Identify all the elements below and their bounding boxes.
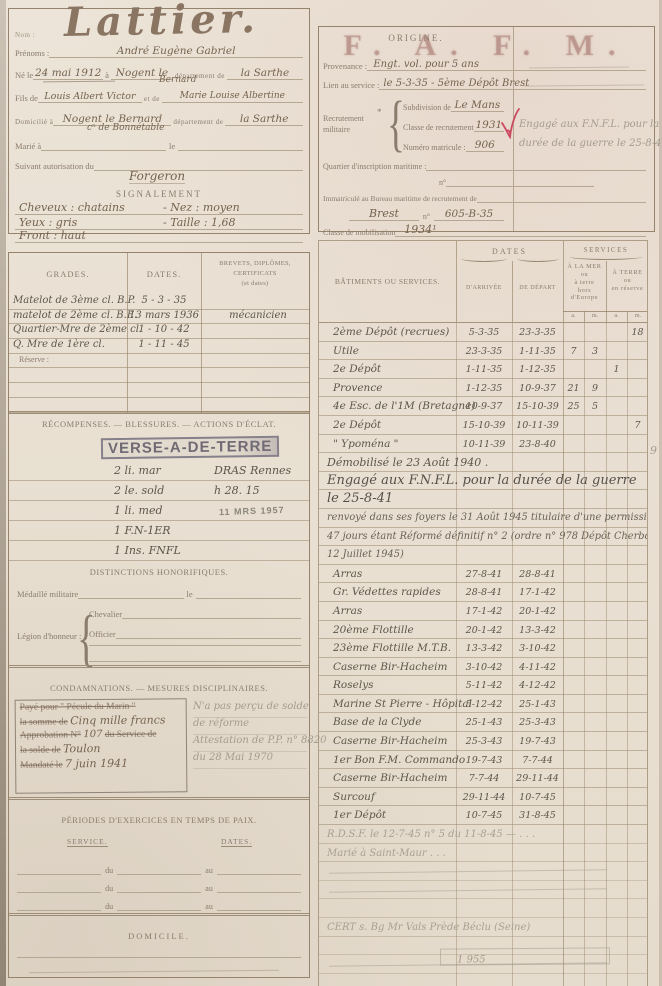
height-field: - Taille : 1,68	[155, 216, 303, 230]
recompense-left: 2 li. mar	[114, 464, 161, 477]
illegible-pencil-marks	[319, 881, 647, 900]
prenoms-label: Prénoms :	[15, 48, 49, 58]
service-duration-cell	[584, 639, 606, 657]
service-duration-cell	[584, 676, 606, 694]
unit-a2: a.	[606, 313, 627, 319]
classe-line: Classe de recrutement 1931	[403, 119, 504, 132]
service-duration-cell	[563, 676, 584, 694]
grades-rows: Matelot de 3ème cl. B.P.5 - 3 - 35matelo…	[9, 295, 309, 413]
service-duration-cell	[563, 788, 584, 806]
scanned-military-record-page: Lattier. Nom : Prénoms : André Eugène Ga…	[0, 0, 662, 986]
grade-row	[9, 383, 309, 398]
signalement-title: SIGNALEMENT	[9, 189, 309, 199]
service-duration-cell	[606, 621, 627, 639]
at-sea-col-header: À LA MER ou à terre hors d'Europe	[563, 263, 606, 302]
ne-label: Né le	[15, 70, 33, 80]
service-entry-row: Surcouf29-11-4410-7-45	[319, 788, 647, 807]
grade-date: 1 - 11 - 45	[127, 339, 201, 353]
classe-mob-value: 1934¹	[395, 223, 445, 237]
ship-or-service-name: 23ème Flottille M.T.B.	[319, 639, 456, 657]
dept2-label: département de	[171, 118, 225, 126]
svc1-l2: à terre	[563, 279, 606, 287]
grade-brevet	[201, 324, 311, 338]
service-entry-row: Provence1-12-3510-9-37219	[319, 379, 647, 398]
grade-row	[9, 354, 309, 369]
margin-pencil-note: 9	[650, 444, 657, 457]
distinctions-title: DISTINCTIONS HONORIFIQUES.	[9, 567, 309, 577]
periode-row: duau	[17, 893, 301, 911]
departure-date: 28-8-41	[512, 565, 563, 583]
condamnations-section: CONDAMNATIONS. — MESURES DISCIPLINAIRES.…	[9, 679, 309, 801]
service-duration-cell	[563, 658, 584, 676]
departure-date: 17-1-42	[512, 583, 563, 601]
signalement-line-3: Front : haut	[15, 229, 303, 243]
table-annotation: Engagé aux F.N.F.L. pour la durée de la …	[319, 472, 647, 491]
classe-mob-label: Classe de mobilisation	[323, 228, 395, 237]
service-duration-cell	[584, 583, 606, 601]
service-duration-cell	[584, 806, 606, 824]
pencil-note-line: Attestation de P.P. n° 8820	[193, 735, 307, 752]
service-entry-row: Caserne Bir-Hacheim7-7-4429-11-44	[319, 769, 647, 788]
medaille-le-label: le	[184, 589, 196, 599]
empty-row	[319, 974, 647, 986]
grades-table: GRADES. DATES. BREVETS, DIPLÔMES, CERTIF…	[9, 253, 309, 413]
arrival-date: 1-11-35	[456, 360, 512, 378]
departure-date: 19-7-43	[512, 732, 563, 750]
service-duration-cell	[606, 676, 627, 694]
blank-rule	[89, 661, 301, 662]
grade-name: Matelot de 3ème cl. B.P.	[9, 295, 127, 309]
immatricule-line: Immatriculé au Bureau maritime de recrut…	[323, 191, 646, 203]
service-duration-cell	[627, 695, 647, 713]
departure-date: 25-1-43	[512, 695, 563, 713]
arrival-date: 10-7-45	[456, 806, 512, 824]
periode-row: duau	[17, 857, 301, 875]
pecule-somme-label: la somme de	[20, 717, 68, 727]
pecule-line-4: la solde de Toulon	[16, 739, 186, 755]
recompense-entry: 2 le. soldh 28. 15	[9, 481, 309, 501]
service-duration-cell: 21	[563, 379, 584, 397]
blank-rule	[89, 645, 301, 646]
service-duration-cell	[584, 695, 606, 713]
service-duration-cell	[606, 639, 627, 657]
service-duration-cell	[563, 751, 584, 769]
service-duration-cell	[606, 435, 627, 453]
departure-date: 10-9-37	[512, 379, 563, 397]
ship-or-service-name: 1er Dépôt	[319, 806, 456, 824]
service-duration-cell	[627, 435, 647, 453]
scan-left-edge	[0, 0, 6, 986]
service-entry-row: Marine St Pierre - Hôpital5-12-4225-1-43	[319, 695, 647, 714]
section-divider	[9, 797, 309, 800]
immatricule-value-line: Brest n° 605-B-35	[349, 207, 504, 221]
recompense-right: h 28. 15	[214, 484, 260, 497]
service-duration-cell	[584, 788, 606, 806]
departure-date: 31-8-45	[512, 806, 563, 824]
service-duration-cell	[563, 323, 584, 341]
service-duration-cell: 25	[563, 397, 584, 415]
departure-date: 4-11-42	[512, 658, 563, 676]
svc1-l0: À LA MER	[563, 263, 606, 271]
svc1-l1: ou	[563, 271, 606, 279]
chevalier-label: Chevalier	[89, 609, 122, 619]
quartier-line: Quartier d'inscription maritime :	[323, 159, 646, 171]
ship-or-service-name: Roselys	[319, 676, 456, 694]
service-duration-cell	[606, 658, 627, 676]
service-duration-cell	[563, 639, 584, 657]
table-annotation: renvoyé dans ses foyers le 31 Août 1945 …	[319, 509, 647, 528]
recompense-entry: 1 li. med11 MRS 1957	[9, 501, 309, 521]
service-duration-cell	[627, 769, 647, 787]
service-entry-row: Gr. Védettes rapides28-8-4117-1-42	[319, 583, 647, 602]
arrival-date: 7-7-44	[456, 769, 512, 787]
recrutement-label-line2: militaire	[323, 124, 364, 135]
medaille-line: Médaillé militaire le	[17, 587, 301, 599]
recompense-entries: 2 li. marDRAS Rennes2 le. soldh 28. 151 …	[9, 461, 309, 561]
section-divider	[9, 411, 309, 414]
domicile-title: DOMICILE.	[9, 931, 309, 941]
service-duration-cell	[606, 602, 627, 620]
red-check-mark	[499, 107, 521, 144]
no-label: n°	[439, 178, 446, 187]
services-table-body: 2ème Dépôt (recrues)5-3-3523-3-3518Utile…	[319, 323, 647, 986]
autorisation-label: Suivant autorisation du	[15, 161, 94, 171]
service-entry-row: Arras17-1-4220-1-42	[319, 602, 647, 621]
birth-date: 24 mai 1912	[33, 67, 103, 80]
service-duration-cell	[584, 565, 606, 583]
periode-to-blank	[217, 881, 301, 893]
nom-label: Nom :	[15, 31, 35, 39]
service-duration-cell	[563, 713, 584, 731]
table-annotation: 12 Juillet 1945)	[319, 546, 647, 565]
ship-or-service-name: 2ème Dépôt (recrues)	[319, 323, 456, 341]
origine-panel: F. A. F. M. ORIGINE. Provenance : Engt. …	[318, 26, 655, 232]
service-entry-row: Utile23-3-351-11-3573	[319, 342, 647, 361]
departure-col-header: DE DÉPART	[512, 285, 563, 291]
grade-name	[9, 398, 127, 412]
matricule-label: Numéro matricule :	[403, 143, 466, 152]
service-duration-cell: 3	[584, 342, 606, 360]
service-duration-cell	[563, 360, 584, 378]
arrival-date: 28-8-41	[456, 583, 512, 601]
service-duration-cell: 9	[584, 379, 606, 397]
faint-bottom-stamp: 1 955	[440, 947, 610, 965]
immatricule-label: Immatriculé au Bureau maritime de recrut…	[323, 194, 477, 203]
service-duration-cell	[606, 323, 627, 341]
ship-or-service-name: Provence	[319, 379, 456, 397]
medaille-blank	[78, 587, 183, 599]
officier-line: Officier	[89, 627, 301, 639]
service-duration-cell: 18	[627, 323, 647, 341]
service-duration-cell: 5	[584, 397, 606, 415]
service-duration-cell	[563, 732, 584, 750]
classe-mob-line: Classe de mobilisation 1934¹	[323, 223, 646, 237]
periode-to-blank	[217, 863, 301, 875]
arrival-date: 25-1-43	[456, 713, 512, 731]
service-duration-cell	[606, 342, 627, 360]
authorization-blank	[94, 159, 303, 171]
grade-brevet	[201, 295, 311, 309]
subdivision-label: Subdivision de	[403, 103, 451, 112]
grades-col-header: GRADES.	[9, 269, 127, 279]
pecule-somme-value: Cinq mille francs	[70, 713, 165, 727]
svc2-l1: ou	[606, 277, 649, 285]
service-entry-row: 2e Dépôt1-11-351-12-351	[319, 360, 647, 379]
ship-or-service-name: Caserne Bir-Hacheim	[319, 658, 456, 676]
provenance-blank	[485, 59, 646, 71]
service-duration-cell	[563, 583, 584, 601]
periode-to-blank	[217, 899, 301, 911]
father-name: Louis Albert Victor	[38, 91, 142, 103]
pecule-stamp-box: Payé pour " Pécule du Marin " la somme d…	[15, 698, 188, 793]
pencil-note-line: de réforme	[193, 718, 307, 735]
service-duration-cell	[627, 583, 647, 601]
service-duration-cell	[606, 583, 627, 601]
batiments-col-header: BÂTIMENTS OU SERVICES.	[319, 277, 456, 286]
service-duration-cell	[563, 769, 584, 787]
medaille-label: Médaillé militaire	[17, 589, 78, 599]
service-duration-cell	[627, 342, 647, 360]
departure-date: 10-7-45	[512, 788, 563, 806]
approbation-label: Approbation N°	[20, 730, 81, 741]
reserve-label: Réserve :	[19, 355, 49, 364]
provenance-line: Provenance : Engt. vol. pour 5 ans	[323, 59, 646, 71]
brevets-col-header: BREVETS, DIPLÔMES, CERTIFICATS (et dates…	[201, 259, 309, 288]
quartier-label: Quartier d'inscription maritime :	[323, 162, 426, 171]
du-label: du	[101, 902, 117, 911]
service-duration-cell: 1	[606, 360, 627, 378]
origine-title: ORIGINE.	[319, 33, 513, 43]
verse-a-de-terre-stamp: VERSE-A-DE-TERRE	[101, 436, 280, 459]
service-duration-cell	[584, 769, 606, 787]
service-duration-cell	[584, 732, 606, 750]
prenoms-value: André Eugène Gabriel	[49, 45, 303, 58]
arrival-date: 5-3-35	[456, 323, 512, 341]
identity-panel: Lattier. Nom : Prénoms : André Eugène Ga…	[8, 8, 310, 234]
arrival-date: 27-8-41	[456, 565, 512, 583]
approbation-suffix: du Service de	[105, 730, 157, 740]
a-label: à	[103, 70, 111, 80]
service-duration-cell	[627, 658, 647, 676]
solde-label: la solde de	[20, 745, 61, 755]
dept2-value: la Sarthe	[225, 113, 303, 126]
service-duration-cell	[584, 435, 606, 453]
unit-m2: m.	[627, 313, 649, 319]
unit-m1: m.	[584, 313, 606, 319]
arrival-date: 15-10-39	[456, 416, 512, 434]
arrival-date: 13-3-42	[456, 639, 512, 657]
service-entry-row: 23ème Flottille M.T.B.13-3-423-10-42	[319, 639, 647, 658]
recompenses-title: RÉCOMPENSES. — BLESSURES. — ACTIONS D'ÉC…	[9, 419, 309, 429]
departure-date: 7-7-44	[512, 751, 563, 769]
grade-date: 1 - 10 - 42	[127, 324, 201, 338]
periodes-rows: duauduauduau	[17, 857, 301, 911]
service-duration-cell	[584, 658, 606, 676]
hair-field: Cheveux : chatains	[15, 201, 155, 215]
au-label: au	[201, 902, 217, 911]
medaille-date-blank	[196, 587, 301, 599]
svc1-l3: hors	[563, 287, 606, 295]
empty-row	[319, 899, 647, 918]
signalement-line-2: Yeux : gris - Taille : 1,68	[15, 216, 303, 230]
grade-brevet	[201, 339, 311, 353]
periode-from-blank	[117, 863, 201, 875]
service-duration-cell	[606, 695, 627, 713]
grade-row	[9, 368, 309, 383]
pecule-line-2: la somme de Cinq mille francs	[16, 711, 186, 727]
pencil-note-line: N'a pas perçu de solde	[193, 701, 307, 718]
condamnations-title: CONDAMNATIONS. — MESURES DISCIPLINAIRES.	[9, 683, 309, 693]
periodes-service-header: SERVICE.	[67, 837, 108, 847]
ship-or-service-name: Caserne Bir-Hacheim	[319, 732, 456, 750]
ship-or-service-name: Gr. Védettes rapides	[319, 583, 456, 601]
service-duration-cell	[627, 360, 647, 378]
service-duration-cell	[606, 751, 627, 769]
solde-place: Toulon	[63, 742, 101, 755]
signalement-line-1: Cheveux : chatains - Nez : moyen	[15, 201, 303, 215]
fnfl-pencil-note-1: Engagé aux F.N.F.L. pour la	[519, 119, 659, 130]
section-divider	[9, 913, 309, 916]
no-blank	[446, 175, 594, 187]
departure-date: 15-10-39	[512, 397, 563, 415]
grade-row: matelot de 2ème cl. B.E.13 mars 1936méca…	[9, 310, 309, 325]
legion-label: Légion d'honneur :	[17, 631, 81, 641]
date-stamp: 11 MRS 1957	[219, 505, 285, 517]
periode-service-blank	[17, 863, 101, 875]
service-entry-row: 2e Dépôt15-10-3910-11-397	[319, 416, 647, 435]
service-duration-cell	[584, 360, 606, 378]
periode-service-blank	[17, 881, 101, 893]
profession-value: Forgeron	[129, 169, 185, 184]
service-entry-row: " Ypoména "10-11-3923-8-40	[319, 435, 647, 454]
ship-or-service-name: 1er Bon F.M. Commando	[319, 751, 456, 769]
ship-or-service-name: 4e Esc. de l'1M (Bretagne)	[319, 397, 456, 415]
services-table: BÂTIMENTS OU SERVICES. DATES D'ARRIVÉE D…	[318, 240, 648, 986]
service-duration-cell	[563, 621, 584, 639]
departure-date: 25-3-43	[512, 713, 563, 731]
service-duration-cell	[584, 602, 606, 620]
service-duration-cell	[606, 397, 627, 415]
officier-blank	[116, 627, 301, 639]
svc1-l4: d'Europe	[563, 294, 606, 302]
service-duration-cell	[627, 788, 647, 806]
arrival-date: 19-7-43	[456, 751, 512, 769]
service-duration-cell	[606, 565, 627, 583]
immatricule-blank	[477, 191, 646, 203]
departure-date: 29-11-44	[512, 769, 563, 787]
ship-or-service-name: Base de la Clyde	[319, 713, 456, 731]
service-duration-cell: 7	[627, 416, 647, 434]
marriage-blank	[41, 139, 166, 151]
table-annotation: Démobilisé le 23 Août 1940 .	[319, 453, 647, 472]
service-duration-cell	[627, 621, 647, 639]
recompense-left: 2 le. sold	[114, 484, 164, 497]
immatricule-port: Brest	[349, 207, 419, 221]
ship-or-service-name: 2e Dépôt	[319, 416, 456, 434]
eyes-field: Yeux : gris	[15, 216, 155, 230]
service-duration-cell	[584, 713, 606, 731]
recompenses-section: RÉCOMPENSES. — BLESSURES. — ACTIONS D'ÉC…	[9, 415, 309, 667]
pecule-line-5: Mandaté le 7 juin 1941	[16, 754, 186, 770]
grade-row: Q. Mre de 1ère cl.1 - 11 - 45	[9, 339, 309, 354]
arrival-date: 10-11-39	[456, 435, 512, 453]
service-entry-row: Base de la Clyde25-1-4325-3-43	[319, 713, 647, 732]
service-duration-cell	[584, 323, 606, 341]
unit-a1: a.	[563, 313, 584, 319]
recrutement-label: Recrutement militaire	[323, 113, 364, 135]
table-annotation: le 25-8-41	[319, 490, 647, 509]
service-duration-cell	[627, 639, 647, 657]
pencil-annotation: Marié à Saint-Maur . . .	[319, 844, 647, 863]
lie-label: Lien au service :	[323, 80, 379, 90]
service-entry-row: Caserne Bir-Hacheim3-10-424-11-42	[319, 658, 647, 677]
footnote-star: *	[377, 107, 382, 117]
periode-row: duau	[17, 875, 301, 893]
service-duration-cell	[627, 602, 647, 620]
recompense-entry: 1 Ins. FNFL	[9, 541, 309, 561]
left-lower-panel: GRADES. DATES. BREVETS, DIPLÔMES, CERTIF…	[8, 252, 310, 978]
inserted-correction: Bernard	[159, 75, 196, 85]
forehead-field: Front : haut	[15, 229, 303, 243]
grade-name	[9, 368, 127, 382]
etde-label: et de	[142, 95, 162, 103]
arrival-date: 29-11-44	[456, 788, 512, 806]
departure-date: 23-8-40	[512, 435, 563, 453]
arrival-date: 5-11-42	[456, 676, 512, 694]
grade-brevet	[201, 368, 311, 382]
service-entry-row: 20ème Flottille20-1-4213-3-42	[319, 621, 647, 640]
ship-or-service-name: Caserne Bir-Hacheim	[319, 769, 456, 787]
arrival-date: 23-3-35	[456, 342, 512, 360]
service-duration-cell	[606, 769, 627, 787]
du-label: du	[101, 866, 117, 875]
recompense-left: 1 F.N-1ER	[114, 524, 171, 537]
grade-name	[9, 383, 127, 397]
periodes-dates-header: DATES.	[221, 837, 252, 847]
au-label: au	[201, 866, 217, 875]
service-duration-cell	[563, 695, 584, 713]
service-duration-cell	[627, 676, 647, 694]
immatricule-no: 605-B-35	[434, 208, 504, 221]
services-brace-arc	[569, 253, 643, 260]
grade-date	[127, 368, 201, 382]
service-duration-cell	[584, 621, 606, 639]
service-entry-row: Arras27-8-4128-8-41	[319, 565, 647, 584]
du-label: du	[101, 884, 117, 893]
recompense-left: 1 Ins. FNFL	[114, 544, 181, 557]
brevets-header-line1: BREVETS, DIPLÔMES, CERTIFICATS	[201, 259, 309, 279]
periode-from-blank	[117, 881, 201, 893]
grade-date	[127, 354, 201, 368]
classe-mob-blank	[445, 225, 646, 237]
provenance-label: Provenance :	[323, 61, 367, 71]
domicile-section: DOMICILE.	[9, 925, 309, 979]
departure-date: 13-3-42	[512, 621, 563, 639]
dates-brace-arc	[517, 255, 559, 262]
grade-brevet	[201, 398, 311, 412]
provenance-value: Engt. vol. pour 5 ans	[367, 59, 485, 71]
recompense-entry: 2 li. marDRAS Rennes	[9, 461, 309, 481]
service-duration-cell	[606, 379, 627, 397]
dept-value: la Sarthe	[227, 67, 303, 80]
departure-date: 20-1-42	[512, 602, 563, 620]
arrival-date: 5-12-42	[456, 695, 512, 713]
departure-date: 1-12-35	[512, 360, 563, 378]
le-label: le	[166, 141, 178, 151]
departure-date: 10-11-39	[512, 416, 563, 434]
table-annotation: 47 jours étant Réformé définitif n° 2 (o…	[319, 528, 647, 547]
domicile-label: Domicilié à	[15, 118, 53, 126]
